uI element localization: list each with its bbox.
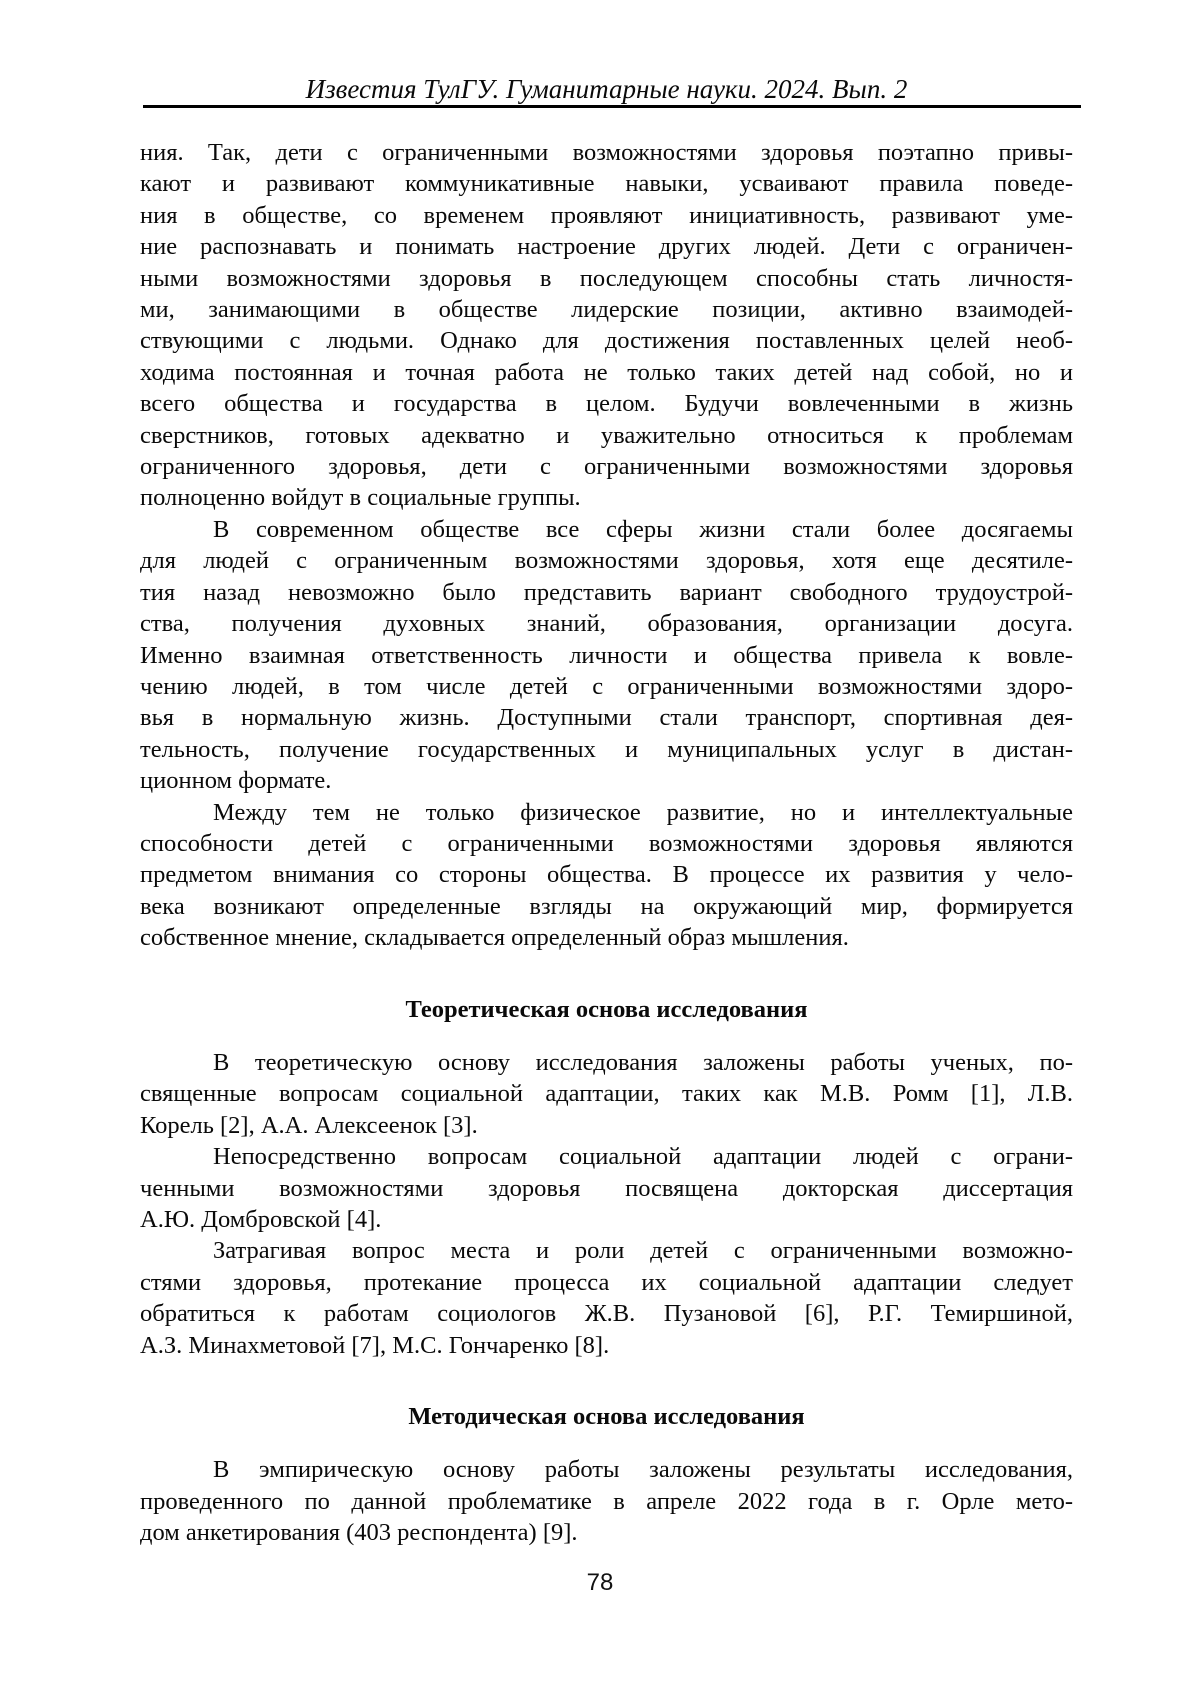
text-line: священные вопросам социальной адаптации,… <box>140 1078 1073 1109</box>
text-line: Именно взаимная ответственность личности… <box>140 640 1073 671</box>
text-line: стями здоровья, протекание процесса их с… <box>140 1267 1073 1298</box>
text-line: Между тем не только физическое развитие,… <box>140 797 1073 828</box>
text-line: ние распознавать и понимать настроение д… <box>140 231 1073 262</box>
text-line: Непосредственно вопросам социальной адап… <box>140 1141 1073 1172</box>
text-line: Корель [2], А.А. Алексеенок [3]. <box>140 1110 1073 1141</box>
text-line: собственное мнение, складывается определ… <box>140 922 1073 953</box>
text-line: В теоретическую основу исследования зало… <box>140 1047 1073 1078</box>
text-line: ными возможностями здоровья в последующе… <box>140 263 1073 294</box>
text-line: ства, получения духовных знаний, образов… <box>140 608 1073 639</box>
text-line: предметом внимания со стороны общества. … <box>140 859 1073 890</box>
document-page: Известия ТулГУ. Гуманитарные науки. 2024… <box>0 0 1200 1697</box>
text-line: проведенного по данной проблематике в ап… <box>140 1486 1073 1517</box>
journal-running-head: Известия ТулГУ. Гуманитарные науки. 2024… <box>140 72 1073 106</box>
text-line: способности детей с ограниченными возмож… <box>140 828 1073 859</box>
text-line: сверстников, готовых адекватно и уважите… <box>140 420 1073 451</box>
page-body: ния. Так, дети с ограниченными возможнос… <box>140 137 1073 1549</box>
text-line: ционном формате. <box>140 765 1073 796</box>
text-line: ми, занимающими в обществе лидерские поз… <box>140 294 1073 325</box>
paragraph: Затрагивая вопрос места и роли детей с о… <box>140 1235 1073 1361</box>
text-line: А.З. Минахметовой [7], М.С. Гончаренко [… <box>140 1330 1073 1361</box>
text-line: для людей с ограниченным возможностями з… <box>140 545 1073 576</box>
paragraph: Между тем не только физическое развитие,… <box>140 797 1073 954</box>
text-line: А.Ю. Домбровской [4]. <box>140 1204 1073 1235</box>
paragraph: Непосредственно вопросам социальной адап… <box>140 1141 1073 1235</box>
text-line: В современном обществе все сферы жизни с… <box>140 514 1073 545</box>
text-line: тельность, получение государственных и м… <box>140 734 1073 765</box>
text-line: ограниченного здоровья, дети с ограничен… <box>140 451 1073 482</box>
text-line: тия назад невозможно было представить ва… <box>140 577 1073 608</box>
header-rule <box>143 105 1081 108</box>
text-line: всего общества и государства в целом. Бу… <box>140 388 1073 419</box>
text-line: ходима постоянная и точная работа не тол… <box>140 357 1073 388</box>
text-line: дом анкетирования (403 респондента) [9]. <box>140 1517 1073 1548</box>
text-line: чению людей, в том числе детей с огранич… <box>140 671 1073 702</box>
text-line: века возникают определенные взгляды на о… <box>140 891 1073 922</box>
paragraph: В теоретическую основу исследования зало… <box>140 1047 1073 1141</box>
text-line: В эмпирическую основу работы заложены ре… <box>140 1454 1073 1485</box>
text-line: ченными возможностями здоровья посвящена… <box>140 1173 1073 1204</box>
text-line: полноценно войдут в социальные группы. <box>140 482 1073 513</box>
paragraph: В современном обществе все сферы жизни с… <box>140 514 1073 797</box>
text-line: кают и развивают коммуникативные навыки,… <box>140 168 1073 199</box>
text-line: Затрагивая вопрос места и роли детей с о… <box>140 1235 1073 1266</box>
paragraph: В эмпирическую основу работы заложены ре… <box>140 1454 1073 1548</box>
text-line: обратиться к работам социологов Ж.В. Пуз… <box>140 1298 1073 1329</box>
text-line: ния. Так, дети с ограниченными возможнос… <box>140 137 1073 168</box>
text-line: вья в нормальную жизнь. Доступными стали… <box>140 702 1073 733</box>
section-heading: Теоретическая основа исследования <box>140 994 1073 1025</box>
text-line: ния в обществе, со временем проявляют ин… <box>140 200 1073 231</box>
paragraph: ния. Так, дети с ограниченными возможнос… <box>140 137 1073 514</box>
page-number: 78 <box>0 1568 1200 1598</box>
section-heading: Методическая основа исследования <box>140 1401 1073 1432</box>
text-line: ствующими с людьми. Однако для достижени… <box>140 325 1073 356</box>
